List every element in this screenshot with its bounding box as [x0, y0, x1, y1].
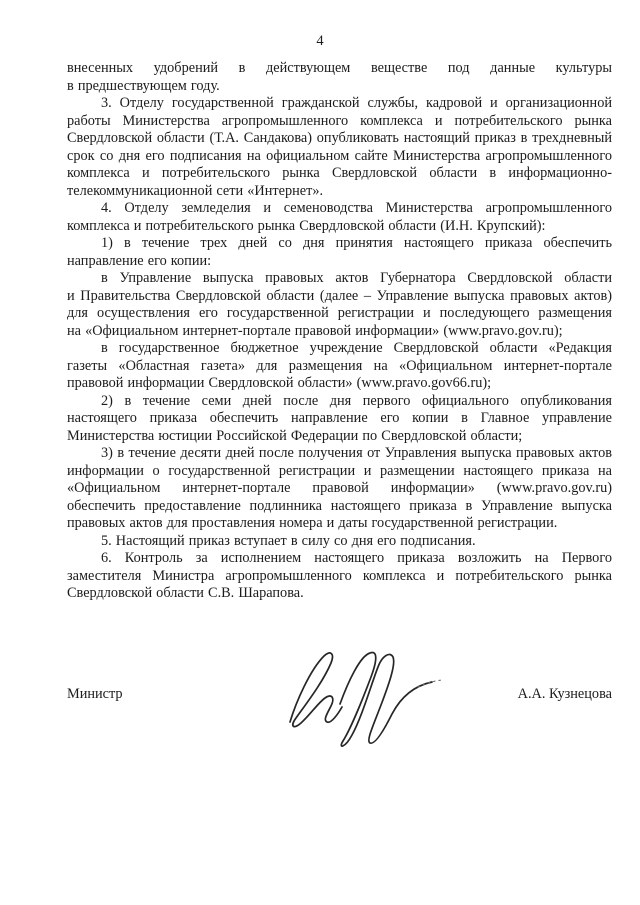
minister-signature-icon — [280, 646, 445, 751]
paragraph-subitem-1: 1) в течение трех дней со дня принятия н… — [67, 235, 612, 270]
paragraph-subitem-2: 2) в течение семи дней после дня первого… — [67, 393, 612, 446]
document-page: 4 внесенных удобрений в действующем веще… — [0, 0, 640, 905]
paragraph-item-5: 5. Настоящий приказ вступает в силу со д… — [67, 533, 612, 551]
page-number: 4 — [0, 33, 640, 50]
paragraph-direction-governor-office: в Управление выпуска правовых актов Губе… — [67, 270, 612, 340]
signatory-title: Министр — [67, 686, 123, 704]
document-body: внесенных удобрений в действующем вещест… — [67, 60, 612, 603]
paragraph-direction-gazette: в государственное бюджетное учреждение С… — [67, 340, 612, 393]
paragraph-item-6: 6. Контроль за исполнением настоящего пр… — [67, 550, 612, 603]
paragraph-item-3: 3. Отделу государственной гражданской сл… — [67, 95, 612, 200]
paragraph-item-4: 4. Отделу земледелия и семеноводства Мин… — [67, 200, 612, 235]
paragraph-subitem-3: 3) в течение десяти дней после получения… — [67, 445, 612, 533]
signatory-name: А.А. Кузнецова — [518, 686, 612, 704]
paragraph-continuation: внесенных удобрений в действующем вещест… — [67, 60, 612, 95]
